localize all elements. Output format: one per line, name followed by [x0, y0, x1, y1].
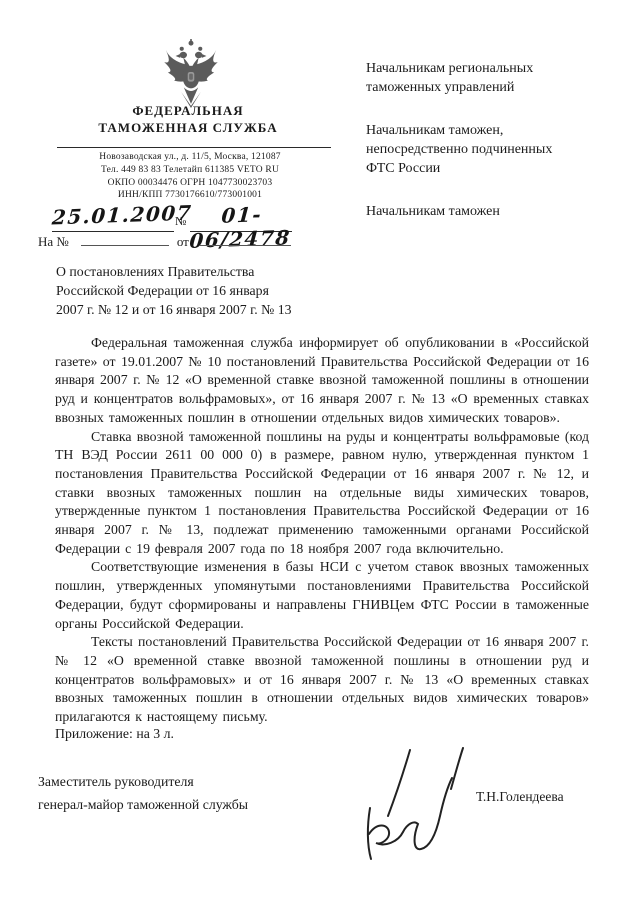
- ref-date-blank: [199, 231, 291, 246]
- org-name: ФЕДЕРАЛЬНАЯ ТАМОЖЕННАЯ СЛУЖБА: [42, 102, 334, 136]
- letterhead-divider: [57, 147, 331, 148]
- address-line-phone: Тел. 449 83 83 Телетайп 611385 VETO RU: [40, 164, 340, 177]
- body-paragraph: Соответствующие изменения в базы НСИ с у…: [55, 558, 589, 633]
- body-paragraph: Ставка ввозной таможенной пошлины на руд…: [55, 428, 589, 559]
- number-sign: №: [175, 214, 186, 229]
- scanned-letter-page: ФЕДЕРАЛЬНАЯ ТАМОЖЕННАЯ СЛУЖБА Новозаводс…: [0, 0, 640, 900]
- signer-position: Заместитель руководителя генерал-майор т…: [38, 770, 318, 816]
- letterhead-address: Новозаводская ул., д. 11/5, Москва, 1210…: [40, 151, 340, 202]
- outgoing-date-field: 25.01.2007: [52, 203, 174, 232]
- signer-name: Т.Н.Голендеева: [476, 789, 564, 805]
- ref-label: На №: [38, 234, 69, 250]
- attachment-note: Приложение: на 3 л.: [55, 726, 174, 742]
- letter-body: Федеральная таможенная служба информируе…: [55, 334, 589, 727]
- addressee-customs-subordinate-fts: Начальникам таможен, непосредственно под…: [366, 121, 606, 178]
- body-paragraph: Федеральная таможенная служба информируе…: [55, 334, 589, 428]
- letter-subject: О постановлениях Правительства Российско…: [56, 262, 386, 319]
- reference-row: На №от: [38, 231, 291, 250]
- address-line-okpo-ogrn: ОКПО 00034476 ОГРН 1047730023703: [40, 177, 340, 190]
- coat-of-arms-icon: [160, 38, 222, 110]
- ref-number-blank: [81, 231, 169, 246]
- addressee-regional-directorates: Начальникам региональных таможенных упра…: [366, 59, 606, 97]
- addressee-customs-heads: Начальникам таможен: [366, 202, 606, 221]
- outgoing-number-field: 01-06/2478: [190, 203, 292, 232]
- address-line-street: Новозаводская ул., д. 11/5, Москва, 1210…: [40, 151, 340, 164]
- signature-scribble-icon: [355, 742, 485, 874]
- body-paragraph: Тексты постановлений Правительства Росси…: [55, 633, 589, 727]
- ref-from-label: от: [177, 234, 189, 249]
- handwritten-date: 25.01.2007: [51, 201, 193, 230]
